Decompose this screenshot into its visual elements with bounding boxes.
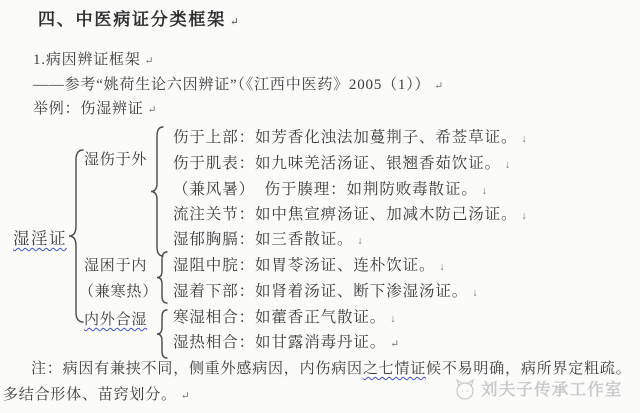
curly-brace-combined xyxy=(156,309,168,359)
line-break-mark-icon: ↓ xyxy=(482,186,487,197)
paragraph-mark-icon: ↵ xyxy=(390,339,399,350)
curly-brace-outer xyxy=(68,149,84,323)
paragraph-mark-icon: ↵ xyxy=(148,105,157,116)
diagram-row-text: 湿热相合：如甘露消毒丹证。 xyxy=(173,334,386,351)
branch-sublabel-internal: （兼寒热） xyxy=(79,284,158,301)
header-line-2-text: ——参考“姚荷生论六因辨证”（《江西中医药》2005（1）） xyxy=(33,77,430,93)
watermark: 刘夫子传承工作室 xyxy=(452,378,623,402)
diagram-root-label: 湿淫证 xyxy=(13,230,67,249)
note-line-1-wavy: 之七情证 xyxy=(363,361,426,377)
paragraph-mark-icon: ↵ xyxy=(434,81,443,92)
cat-logo-icon xyxy=(452,378,478,402)
line-break-mark-icon: ↓ xyxy=(390,314,395,325)
diagram-row-text: （兼风暑） 伤于腠理：如荆防败毒散证。 xyxy=(173,181,478,198)
diagram-row: 湿郁胸膈：如三香散证。↓ xyxy=(173,231,363,249)
diagram-row: 流注关节：如中焦宣痹汤证、加减木防己汤证。↓ xyxy=(173,206,527,224)
diagram-row: 寒湿相合：如藿香正气散证。↓ xyxy=(173,309,395,327)
paragraph-mark-icon: ↵ xyxy=(181,391,190,402)
curly-brace-external xyxy=(150,126,164,257)
note-line-1-post: 候不易明确，病所界定粗疏。 xyxy=(426,361,631,377)
header-line-3: 举例：伤湿辨证↵ xyxy=(33,101,156,118)
line-break-mark-icon: ↓ xyxy=(521,134,526,145)
branch-label-internal: 湿困于内 xyxy=(84,258,147,275)
diagram-row-text: 寒湿相合：如藿香正气散证。 xyxy=(173,309,386,326)
header-line-3-text: 举例：伤湿辨证 xyxy=(33,101,144,117)
header-line-1: 1.病因辨证框架↵ xyxy=(33,52,153,69)
diagram-row: 湿热相合：如甘露消毒丹证。↵ xyxy=(173,334,399,352)
watermark-text: 刘夫子传承工作室 xyxy=(481,381,623,400)
paragraph-mark-icon: ↵ xyxy=(145,56,154,67)
diagram-row-text: 流注关节：如中焦宣痹汤证、加减木防己汤证。 xyxy=(173,206,517,223)
branch-label-combined: 内外合湿 xyxy=(84,312,147,329)
diagram-row-text: 湿阻中脘：如胃苓汤证、连朴饮证。 xyxy=(173,257,435,274)
diagram-row: 伤于上部：如芳香化浊法加蔓荆子、希莶草证。↓ xyxy=(173,129,527,147)
header-line-1-text: 1.病因辨证框架 xyxy=(33,52,141,68)
note-line-1-pre: 注：病因有兼挟不同，侧重外感病因，内伤病因 xyxy=(31,361,363,377)
page-title: 四、中医病证分类框架↵ xyxy=(38,10,239,30)
page-title-text: 四、中医病证分类框架 xyxy=(38,10,226,29)
line-break-mark-icon: ↓ xyxy=(505,160,510,171)
diagram-row-text: 伤于上部：如芳香化浊法加蔓荆子、希莶草证。 xyxy=(173,129,517,146)
branch-label-external: 湿伤于外 xyxy=(84,152,147,169)
diagram-row-text: 湿着下部：如肾着汤证、断下渗湿汤证。 xyxy=(173,283,468,300)
line-break-mark-icon: ↓ xyxy=(521,211,526,222)
diagram-row: 湿阻中脘：如胃苓汤证、连朴饮证。↓ xyxy=(173,257,445,275)
line-break-mark-icon: ↓ xyxy=(357,236,362,247)
diagram-row-text: 伤于肌表：如九味羌活汤证、银翘香茹饮证。 xyxy=(173,155,501,172)
note-line-2: 多结合形体、苗窍划分。↵ xyxy=(3,387,190,404)
header-line-2: ——参考“姚荷生论六因辨证”（《江西中医药》2005（1））↵ xyxy=(33,77,443,94)
paragraph-mark-icon: ↵ xyxy=(230,17,239,28)
curly-brace-internal xyxy=(156,251,168,304)
diagram-row-text: 湿郁胸膈：如三香散证。 xyxy=(173,231,353,248)
document-page: 四、中医病证分类框架↵ 1.病因辨证框架↵ ——参考“姚荷生论六因辨证”（《江西… xyxy=(0,0,640,413)
line-break-mark-icon: ↓ xyxy=(472,288,477,299)
diagram-row: 伤于肌表：如九味羌活汤证、银翘香茹饮证。↓ xyxy=(173,155,510,173)
note-line-1: 注：病因有兼挟不同，侧重外感病因，内伤病因之七情证候不易明确，病所界定粗疏。 xyxy=(31,361,631,378)
diagram-row: 湿着下部：如肾着汤证、断下渗湿汤证。↓ xyxy=(173,283,477,301)
note-line-2-text: 多结合形体、苗窍划分。 xyxy=(3,387,177,403)
line-break-mark-icon: ↓ xyxy=(439,262,444,273)
diagram-row: （兼风暑） 伤于腠理：如荆防败毒散证。↓ xyxy=(173,181,487,199)
